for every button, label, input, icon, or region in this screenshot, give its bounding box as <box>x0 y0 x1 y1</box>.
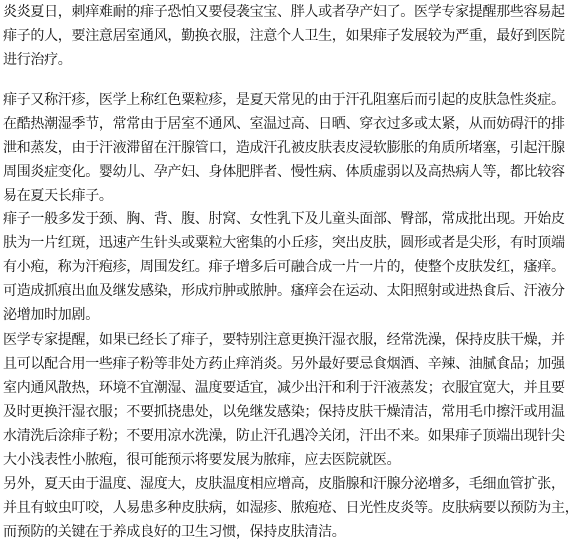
text-line: 进行治疗。 <box>3 48 576 72</box>
paragraph-definition: 痱子又称汗疹，医学上称红色粟粒疹，是夏天常见的由于汗孔阻塞后而引起的皮肤急性炎症… <box>3 88 576 208</box>
text-line: 室内通风散热，环境不宜潮湿、温度要适宜，减少出汗和利于汗液蒸发；衣服宜宽大，并且… <box>3 376 576 400</box>
text-line: 在酷热潮湿季节，常常由于居室不通风、室温过高、日晒、穿衣过多或太紧，从而妨碍汗的… <box>3 112 576 136</box>
text-line: 而预防的关键在于养成良好的卫生习惯，保持皮肤清洁。 <box>3 520 576 544</box>
text-line: 炎炎夏日，刺痒难耐的痱子恐怕又要侵袭宝宝、胖人或者孕产妇了。医学专家提醒那些容易… <box>3 0 576 24</box>
text-line: 有小疱，称为汗疱疹，周围发红。痱子增多后可融合成一片一片的，使整个皮肤发红，瘙痒… <box>3 255 576 279</box>
text-line: 肤为一片红斑，迅速产生针头或粟粒大密集的小丘疹，突出皮肤，圆形或者是尖形，有时顶… <box>3 231 576 255</box>
text-line: 易在夏天长痱子。 <box>3 184 576 208</box>
text-line: 泌增加时加剧。 <box>3 303 576 327</box>
paragraph-symptoms: 痱子一般多发于颈、胸、背、腹、肘窝、女性乳下及儿童头面部、臀部，常成批出现。开始… <box>3 207 576 327</box>
text-line: 且可以配合用一些痱子粉等非处方药止痒消炎。另外最好要忌食烟酒、辛辣、油腻食品；加… <box>3 352 576 376</box>
paragraph-advice: 医学专家提醒，如果已经长了痱子，要特别注意更换汗湿衣服，经常洗澡，保持皮肤干燥，… <box>3 328 576 472</box>
text-line: 可造成抓痕出血及继发感染，形成疖肿或脓肿。瘙痒会在运动、太阳照射或进热食后、汗液… <box>3 279 576 303</box>
text-line: 并且有蚊虫叮咬，人易患多种皮肤病，如湿疹、脓疱疮、日光性皮炎等。皮肤病要以预防为… <box>3 496 576 520</box>
text-line: 痱子又称汗疹，医学上称红色粟粒疹，是夏天常见的由于汗孔阻塞后而引起的皮肤急性炎症… <box>3 88 576 112</box>
text-line: 水清洗后涂痱子粉；不要用凉水洗澡，防止汗孔遇冷关闭，汗出不来。如果痱子顶端出现针… <box>3 424 576 448</box>
text-line: 泄和蒸发，由于汗液滞留在汗腺管口，造成汗孔被皮肤表皮浸软膨胀的角质所堵塞，引起汗… <box>3 136 576 160</box>
paragraph-prevention: 另外，夏天由于温度、湿度大，皮肤温度相应增高，皮脂腺和汗腺分泌增多，毛细血管扩张… <box>3 472 576 544</box>
paragraph-intro: 炎炎夏日，刺痒难耐的痱子恐怕又要侵袭宝宝、胖人或者孕产妇了。医学专家提醒那些容易… <box>3 0 576 72</box>
text-line: 及时更换汗湿衣服；不要抓挠患处，以免继发感染；保持皮肤干燥清洁，常用毛巾擦汗或用… <box>3 400 576 424</box>
text-line: 周围炎症变化。婴幼儿、孕产妇、身体肥胖者、慢性病、体质虚弱以及高热病人等，都比较… <box>3 160 576 184</box>
text-line: 大小浅表性小脓疱，很可能预示将要发展为脓痱，应去医院就医。 <box>3 448 576 472</box>
text-line: 医学专家提醒，如果已经长了痱子，要特别注意更换汗湿衣服，经常洗澡，保持皮肤干燥，… <box>3 328 576 352</box>
text-line: 另外，夏天由于温度、湿度大，皮肤温度相应增高，皮脂腺和汗腺分泌增多，毛细血管扩张… <box>3 472 576 496</box>
text-line: 痱子一般多发于颈、胸、背、腹、肘窝、女性乳下及儿童头面部、臀部，常成批出现。开始… <box>3 207 576 231</box>
text-line: 痱子的人，要注意居室通风，勤换衣服，注意个人卫生，如果痱子发展较为严重，最好到医… <box>3 24 576 48</box>
